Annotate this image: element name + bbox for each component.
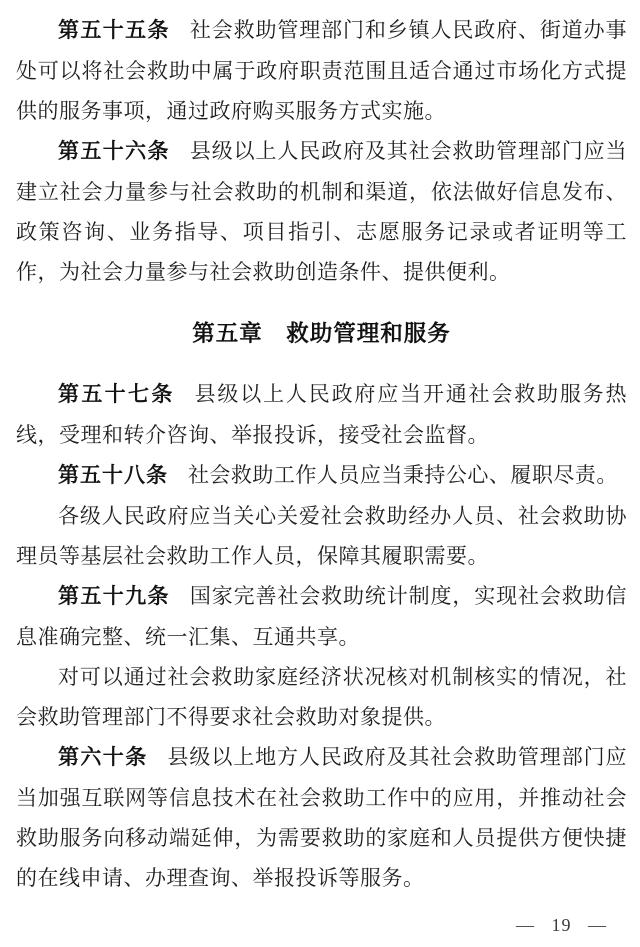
article-number: 第五十八条: [58, 464, 168, 487]
document-page: 第五十五条社会救助管理部门和乡镇人民政府、街道办事处可以将社会救助中属于政府职责…: [0, 0, 640, 947]
document-body: 第五十五条社会救助管理部门和乡镇人民政府、街道办事处可以将社会救助中属于政府职责…: [16, 10, 627, 898]
article-number: 第六十条: [58, 746, 148, 769]
article-paragraph-56: 第五十六条县级以上人民政府及其社会救助管理部门应当建立社会力量参与社会救助的机制…: [16, 131, 627, 292]
body-paragraph: 对可以通过社会救助家庭经济状况核对机制核实的情况，社会救助管理部门不得要求社会救…: [16, 657, 627, 737]
paragraph-text: 各级人民政府应当关心关爱社会救助经办人员、社会救助协理员等基层社会救助工作人员，…: [16, 504, 627, 568]
article-paragraph-59: 第五十九条国家完善社会救助统计制度，实现社会救助信息准确完整、统一汇集、互通共享…: [16, 576, 627, 657]
article-paragraph-57: 第五十七条县级以上人民政府应当开通社会救助服务热线，受理和转介咨询、举报投诉，接…: [16, 374, 627, 455]
page-number-footer: — 19 —: [516, 915, 607, 935]
article-number: 第五十六条: [58, 140, 170, 163]
paragraph-text: 对可以通过社会救助家庭经济状况核对机制核实的情况，社会救助管理部门不得要求社会救…: [16, 665, 627, 729]
article-paragraph-55: 第五十五条社会救助管理部门和乡镇人民政府、街道办事处可以将社会救助中属于政府职责…: [16, 10, 627, 131]
article-number: 第五十九条: [58, 585, 170, 608]
article-paragraph-58: 第五十八条社会救助工作人员应当秉持公心、履职尽责。: [16, 455, 627, 496]
article-paragraph-60: 第六十条县级以上地方人民政府及其社会救助管理部门应当加强互联网等信息技术在社会救…: [16, 737, 627, 898]
article-number: 第五十七条: [58, 383, 175, 406]
body-paragraph: 各级人民政府应当关心关爱社会救助经办人员、社会救助协理员等基层社会救助工作人员，…: [16, 496, 627, 576]
article-number: 第五十五条: [58, 19, 170, 42]
article-text: 社会救助工作人员应当秉持公心、履职尽责。: [188, 463, 618, 487]
chapter-heading: 第五章 救助管理和服务: [16, 314, 627, 354]
